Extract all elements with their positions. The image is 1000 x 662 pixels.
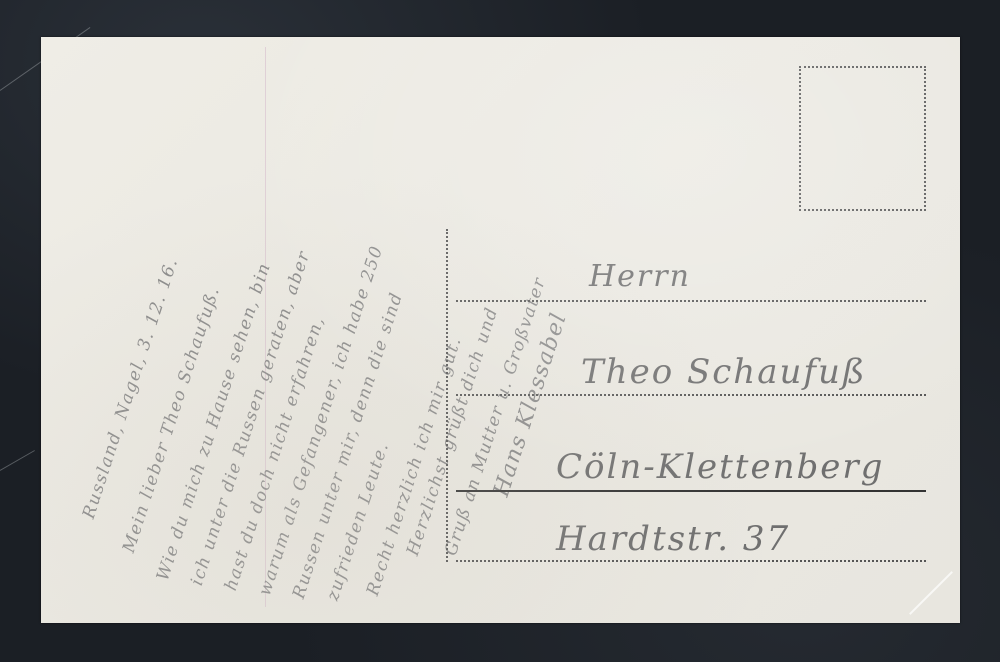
address-line-3	[456, 490, 926, 492]
center-fold-line	[265, 47, 266, 607]
address-city: Cöln-Klettenberg	[556, 447, 884, 487]
corner-crease	[909, 571, 953, 615]
date-line: Russland, Nagel, 3. 12. 16.	[79, 255, 182, 521]
address-name: Theo Schaufuß	[581, 352, 867, 392]
address-line-1	[456, 300, 926, 302]
stamp-placeholder-box	[799, 66, 926, 211]
address-line-4	[456, 560, 926, 562]
address-line-2	[456, 394, 926, 396]
address-street: Hardtstr. 37	[556, 519, 790, 559]
address-salutation: Herrn	[589, 259, 691, 294]
postcard: Russland, Nagel, 3. 12. 16. Mein lieber …	[41, 37, 960, 623]
address-divider	[446, 229, 448, 562]
